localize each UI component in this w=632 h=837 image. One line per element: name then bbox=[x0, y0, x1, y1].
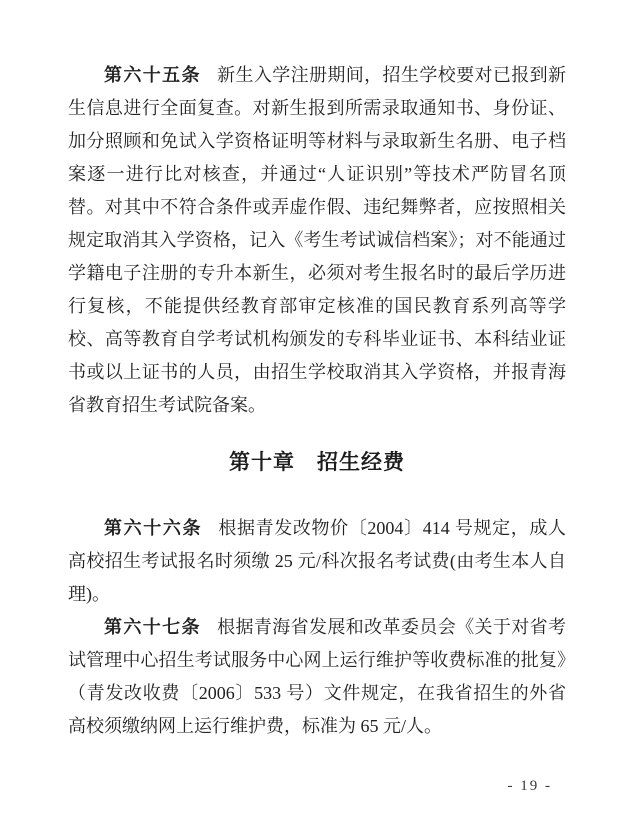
article-66-number: 第六十六条 bbox=[104, 518, 202, 538]
page-number: - 19 - bbox=[508, 776, 553, 796]
article-65-text: 新生入学注册期间，招生学校要对已报到新生信息进行全面复查。对新生报到所需录取通知… bbox=[68, 65, 566, 415]
article-67-number: 第六十七条 bbox=[104, 617, 201, 637]
document-page: 第六十五条新生入学注册期间，招生学校要对已报到新生信息进行全面复查。对新生报到所… bbox=[0, 0, 632, 837]
article-65-number: 第六十五条 bbox=[104, 65, 201, 85]
article-65-paragraph: 第六十五条新生入学注册期间，招生学校要对已报到新生信息进行全面复查。对新生报到所… bbox=[68, 59, 566, 422]
article-67-paragraph: 第六十七条根据青海省发展和改革委员会《关于对省考试管理中心招生考试服务中心网上运… bbox=[68, 611, 566, 743]
document-body: 第六十五条新生入学注册期间，招生学校要对已报到新生信息进行全面复查。对新生报到所… bbox=[68, 59, 566, 743]
article-66-paragraph: 第六十六条根据青发改物价〔2004〕414 号规定，成人高校招生考试报名时须缴 … bbox=[68, 512, 566, 611]
chapter-heading: 第十章 招生经费 bbox=[68, 446, 566, 479]
